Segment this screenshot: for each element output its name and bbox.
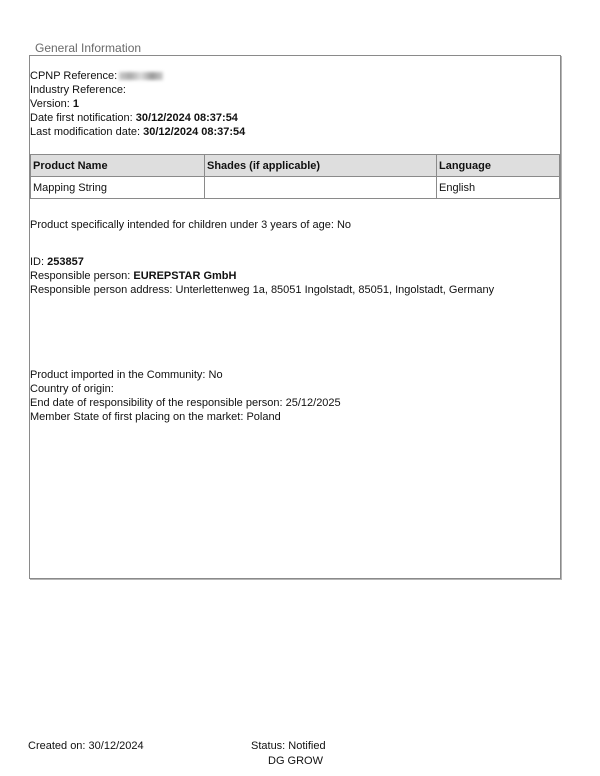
status: Status: Notified — [251, 740, 326, 752]
cpnp-reference: CPNP Reference: — [30, 69, 163, 83]
cell-product-name: Mapping String — [31, 177, 205, 199]
children-value: No — [337, 219, 351, 231]
origin-label: Country of origin: — [30, 383, 114, 395]
version-label: Version: — [30, 98, 70, 110]
responsible-person: Responsible person: EUREPSTAR GmbH — [30, 269, 236, 283]
imported-value: No — [209, 369, 223, 381]
last-modification-value: 30/12/2024 08:37:54 — [143, 126, 245, 138]
children-label: Product specifically intended for childr… — [30, 219, 334, 231]
section-title: General Information — [35, 41, 141, 55]
end-date-label: End date of responsibility of the respon… — [30, 397, 283, 409]
responsible-id-label: ID: — [30, 256, 44, 268]
member-state-label: Member State of first placing on the mar… — [30, 411, 243, 423]
version-value: 1 — [73, 98, 79, 110]
last-modification-date: Last modification date: 30/12/2024 08:37… — [30, 125, 245, 139]
responsible-address-value: Unterlettenweg 1a, 85051 Ingolstadt, 850… — [176, 284, 495, 296]
product-imported: Product imported in the Community: No — [30, 368, 223, 382]
responsible-id: ID: 253857 — [30, 255, 84, 269]
responsible-address: Responsible person address: Unterlettenw… — [30, 283, 494, 297]
responsible-person-label: Responsible person: — [30, 270, 130, 282]
last-modification-label: Last modification date: — [30, 126, 140, 138]
cell-language: English — [437, 177, 560, 199]
column-language: Language — [437, 155, 560, 177]
end-date-responsibility: End date of responsibility of the respon… — [30, 396, 341, 410]
industry-reference: Industry Reference: — [30, 83, 126, 97]
responsible-person-value: EUREPSTAR GmbH — [133, 270, 236, 282]
column-shades: Shades (if applicable) — [205, 155, 437, 177]
table-header-row: Product Name Shades (if applicable) Lang… — [31, 155, 560, 177]
cell-shades — [205, 177, 437, 199]
country-of-origin: Country of origin: — [30, 382, 114, 396]
end-date-value: 25/12/2025 — [286, 397, 341, 409]
date-first-notification-label: Date first notification: — [30, 112, 133, 124]
version: Version: 1 — [30, 97, 79, 111]
member-state-value: Poland — [246, 411, 280, 423]
dg-grow: DG GROW — [268, 755, 323, 767]
column-product-name: Product Name — [31, 155, 205, 177]
member-state: Member State of first placing on the mar… — [30, 410, 281, 424]
date-first-notification-value: 30/12/2024 08:37:54 — [136, 112, 238, 124]
responsible-address-label: Responsible person address: — [30, 284, 172, 296]
imported-label: Product imported in the Community: — [30, 369, 205, 381]
table-row: Mapping String English — [31, 177, 560, 199]
created-on: Created on: 30/12/2024 — [28, 740, 144, 752]
children-under-3: Product specifically intended for childr… — [30, 218, 351, 232]
cpnp-reference-redacted — [119, 72, 163, 80]
date-first-notification: Date first notification: 30/12/2024 08:3… — [30, 111, 238, 125]
products-table: Product Name Shades (if applicable) Lang… — [30, 154, 560, 199]
responsible-id-value: 253857 — [47, 256, 84, 268]
cpnp-reference-label: CPNP Reference: — [30, 70, 117, 82]
industry-reference-label: Industry Reference: — [30, 84, 126, 96]
